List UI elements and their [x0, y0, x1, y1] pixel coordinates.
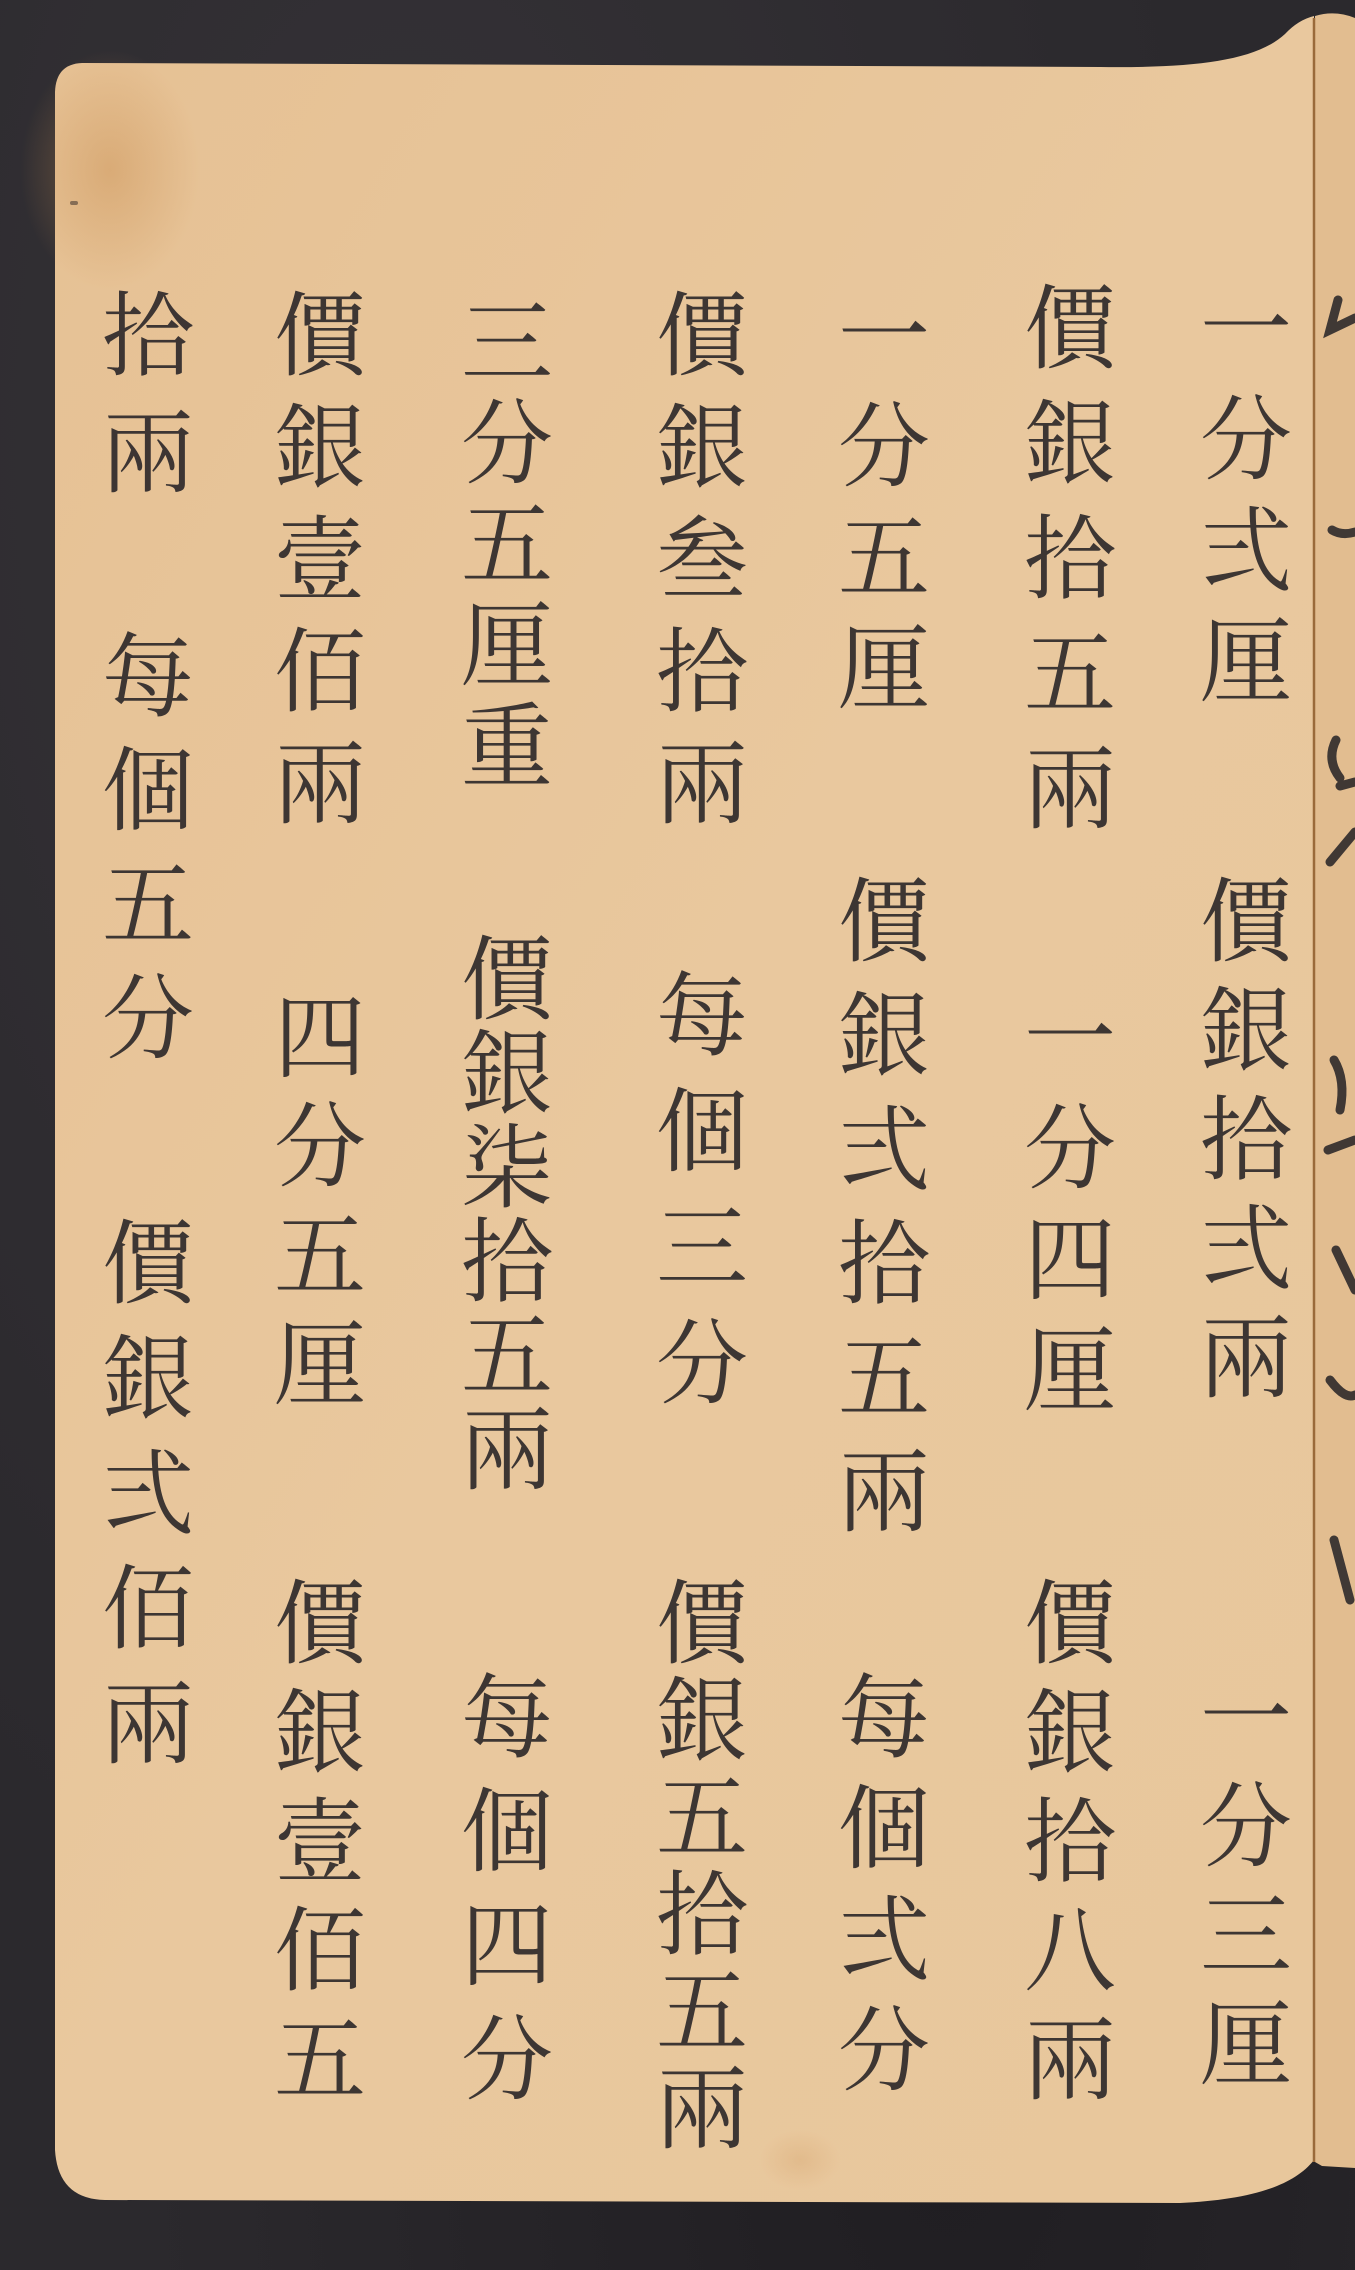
paper-stain [20, 50, 200, 290]
weight-entry: 三分五厘重 [453, 294, 545, 799]
weight-entry: 每個四分 [453, 1669, 545, 2125]
paper-speck [70, 201, 78, 205]
weight-entry: 一分三厘 [1192, 1669, 1284, 2105]
price-entry: 價銀壹佰兩 [266, 287, 358, 847]
weight-entry: 一分四厘 [1016, 989, 1108, 1433]
weight-entry: 每個三分 [648, 967, 740, 1431]
price-entry: 價銀弍佰兩 [94, 1215, 186, 1790]
price-entry: 價銀弍拾五兩 [830, 873, 922, 1557]
price-entry: 價銀壹佰五 [266, 1575, 358, 2120]
price-entry-continuation: 拾兩 [94, 287, 186, 521]
adjacent-page [1315, 13, 1355, 2168]
price-entry: 價銀拾弍兩 [1192, 873, 1284, 1418]
weight-entry: 一分五厘 [830, 287, 922, 731]
price-entry: 價銀五拾五兩 [648, 1575, 740, 2157]
weight-entry: 四分五厘 [266, 989, 358, 1425]
price-entry: 價銀叁拾兩 [648, 287, 740, 847]
price-entry: 價銀拾五兩 [1016, 280, 1108, 855]
price-entry: 價銀柒拾五兩 [453, 931, 545, 1495]
price-entry: 價銀拾八兩 [1016, 1575, 1108, 2120]
weight-entry: 每個五分 [94, 628, 186, 1084]
weight-entry: 每個弍分 [830, 1669, 922, 2113]
paper-stain [760, 2130, 840, 2190]
weight-entry: 一分弍厘 [1192, 280, 1284, 724]
